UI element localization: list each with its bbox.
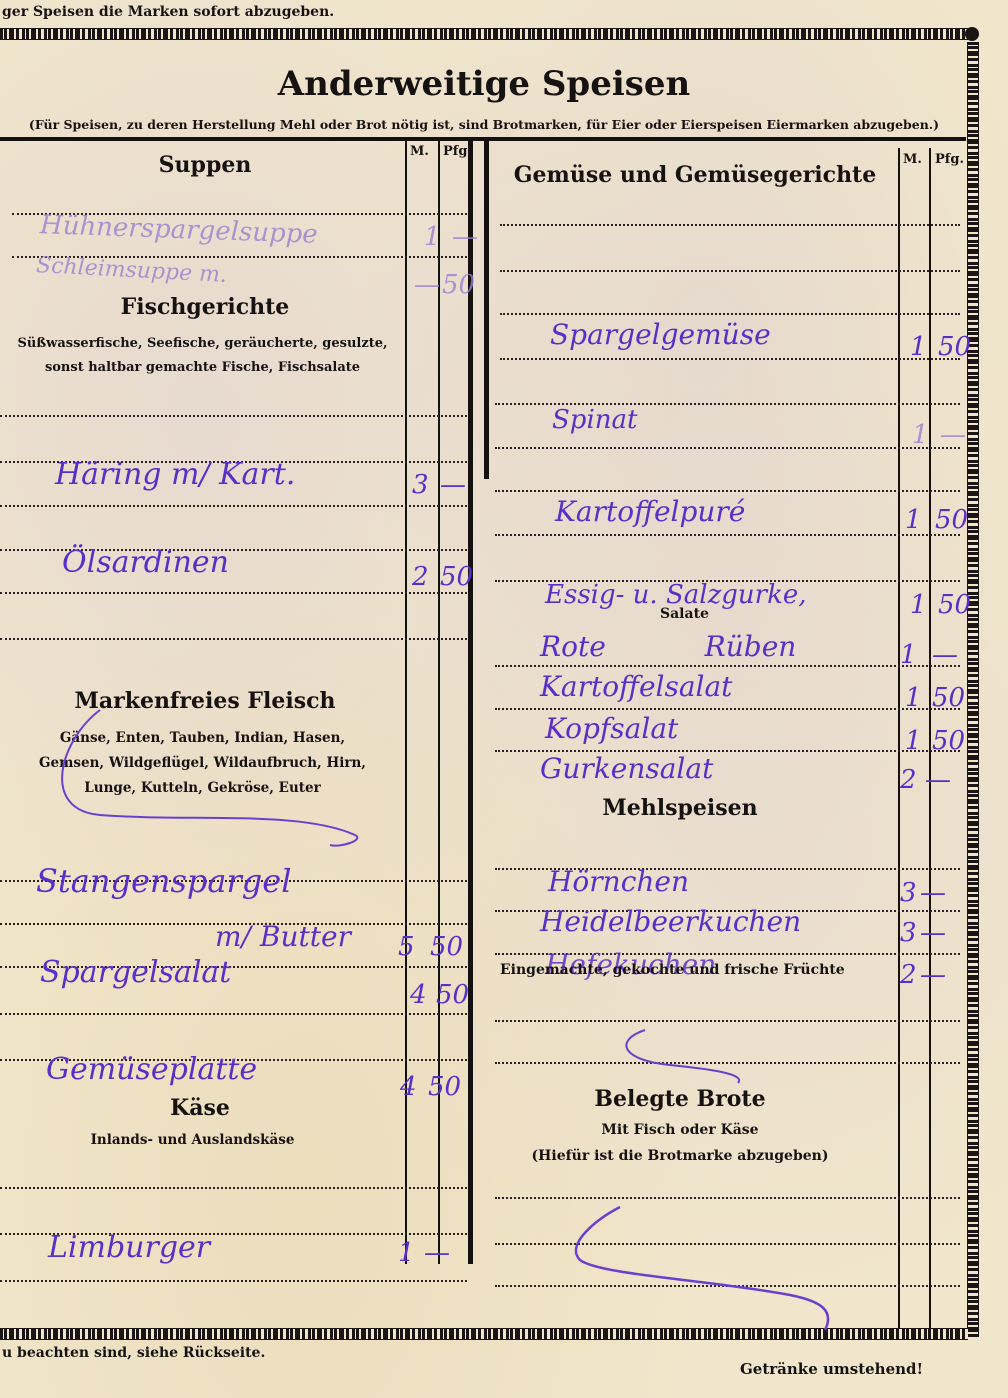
menu-item-pfg: 50	[932, 683, 965, 713]
menu-item-name: Häring m/ Kart.	[55, 457, 295, 492]
row-line	[495, 447, 960, 449]
menu-item-name: Kartoffelpuré	[555, 495, 745, 528]
section-heading-fischgerichte: Fischgerichte	[80, 294, 330, 320]
menu-item-mark: 3	[900, 918, 917, 948]
row-line	[495, 534, 960, 536]
menu-item-name: Kartoffelsalat	[540, 670, 732, 703]
ink-flourish	[560, 1205, 860, 1335]
row-line	[0, 1187, 467, 1189]
menu-item-name: Stangenspargel	[36, 862, 291, 900]
row-line	[495, 490, 960, 492]
menu-item-mark: 5	[398, 932, 415, 962]
menu-item-name: Limburger	[48, 1230, 210, 1265]
menu-item-name: Gurkensalat	[540, 752, 713, 785]
menu-item-mark: 3	[412, 470, 429, 500]
section-description: sonst haltbar gemachte Fische, Fischsala…	[0, 360, 405, 375]
row-line	[0, 1280, 467, 1282]
menu-item-mark: 1	[900, 640, 917, 670]
section-description: Mit Fisch oder Käse	[560, 1122, 800, 1138]
menu-item-pfg: —	[440, 470, 466, 500]
menu-item-mark: 1	[910, 332, 927, 362]
menu-item-mark: 2	[412, 562, 429, 592]
row-line	[500, 358, 960, 360]
menu-item-name: Schleimsuppe m.	[35, 253, 227, 288]
beverages-note: Getränke umstehend!	[740, 1360, 923, 1378]
right-pfg-header: Pfg.	[935, 152, 964, 167]
menu-item-pfg: 50	[442, 270, 475, 300]
row-line	[0, 1013, 467, 1015]
row-line	[0, 592, 467, 594]
row-line	[500, 270, 960, 272]
menu-item-pfg: 50	[935, 505, 968, 535]
row-line	[0, 415, 467, 417]
row-line	[0, 638, 467, 640]
row-line	[0, 505, 467, 507]
menu-item-pfg: 50	[938, 590, 971, 620]
menu-item-pfg: 50	[428, 1072, 461, 1102]
menu-item-pfg: 50	[436, 980, 469, 1010]
menu-item-mark: 1	[905, 505, 922, 535]
row-line	[495, 665, 960, 667]
row-line	[500, 224, 960, 226]
menu-item-mark: 1	[398, 1238, 415, 1268]
menu-item-pfg: —	[920, 960, 946, 990]
menu-item-mark: 1	[910, 590, 927, 620]
section-note: (Hiefür ist die Brotmarke abzugeben)	[500, 1148, 860, 1164]
menu-item-name: Spargelsalat	[40, 955, 231, 990]
row-line	[500, 313, 960, 315]
menu-item-pfg: 50	[430, 932, 463, 962]
menu-item-name: Rote Rüben	[540, 630, 796, 663]
section-heading-kaese: Käse	[120, 1095, 280, 1121]
menu-item-mark: 2	[900, 765, 917, 795]
menu-item-name: Spinat	[552, 405, 637, 435]
menu-item-pfg: 50	[938, 332, 971, 362]
menu-item-pfg: 50	[440, 562, 473, 592]
menu-item-mark: —	[414, 270, 440, 300]
section-heading-gemuese: Gemüse und Gemüsegerichte	[495, 162, 895, 188]
right-mark-column-line	[898, 148, 900, 1328]
menu-item-mark: 4	[400, 1072, 417, 1102]
divider-top-stub	[484, 141, 489, 479]
menu-item-pfg: —	[424, 1238, 450, 1268]
row-line	[495, 1197, 960, 1199]
center-divider	[468, 141, 473, 1264]
menu-item-mark: 2	[900, 960, 917, 990]
page-title: Anderweitige Speisen	[0, 64, 968, 104]
top-instruction-fragment: ger Speisen die Marken sofort abzugeben.	[2, 4, 334, 20]
menu-item-name: Hühnerspargelsuppe	[40, 210, 319, 250]
section-heading-fruechte: Eingemachte, gekochte und frische Frücht…	[500, 962, 845, 978]
row-line	[495, 708, 960, 710]
menu-item-pfg: —	[452, 222, 478, 252]
menu-item-pfg: —	[932, 640, 958, 670]
top-decorative-border	[0, 28, 968, 40]
menu-item-name: Ölsardinen	[62, 545, 229, 580]
row-line	[495, 1020, 960, 1022]
section-heading-suppen: Suppen	[100, 152, 310, 178]
left-mark-header: M.	[410, 144, 429, 159]
right-decorative-border	[967, 42, 979, 1337]
menu-item-pfg: 50	[932, 726, 965, 756]
menu-item-mark: 3	[900, 878, 917, 908]
right-mark-header: M.	[903, 152, 922, 167]
menu-item-mark: 1	[905, 726, 922, 756]
right-pfg-column-line	[929, 148, 931, 1328]
section-description: Süßwasserfische, Seefische, geräucherte,…	[0, 336, 405, 351]
menu-item-pfg: —	[940, 420, 966, 450]
menu-item-mark: 1	[912, 420, 929, 450]
menu-item-name-line2: m/ Butter	[215, 920, 351, 953]
menu-item-pfg: —	[925, 765, 951, 795]
page-subtitle: (Für Speisen, zu deren Herstellung Mehl …	[0, 117, 968, 132]
menu-item-name: Spargelgemüse	[550, 318, 771, 351]
ink-flourish	[40, 700, 370, 850]
border-corner-ornament	[965, 27, 979, 41]
menu-item-name: Hörnchen	[548, 865, 689, 898]
menu-item-mark: 4	[410, 980, 427, 1010]
menu-item-name: Kopfsalat	[545, 712, 678, 745]
section-description: Inlands- und Auslandskäse	[0, 1132, 385, 1148]
menu-item-pfg: —	[920, 918, 946, 948]
menu-item-mark: 1	[424, 222, 441, 252]
header-rule	[0, 137, 966, 141]
menu-item-mark: 1	[905, 683, 922, 713]
menu-item-name: Gemüseplatte	[46, 1052, 257, 1087]
menu-item-pfg: —	[920, 878, 946, 908]
menu-item-name: Heidelbeerkuchen	[540, 905, 801, 938]
section-heading-brote: Belegte Brote	[560, 1086, 800, 1112]
section-heading-mehlspeisen: Mehlspeisen	[560, 795, 800, 821]
left-pfg-header: Pfg.	[443, 144, 472, 159]
menu-item-name: Essig- u. Salzgurke,	[545, 580, 807, 610]
ink-flourish	[610, 1025, 770, 1085]
bottom-instruction-fragment: u beachten sind, siehe Rückseite.	[2, 1345, 265, 1361]
